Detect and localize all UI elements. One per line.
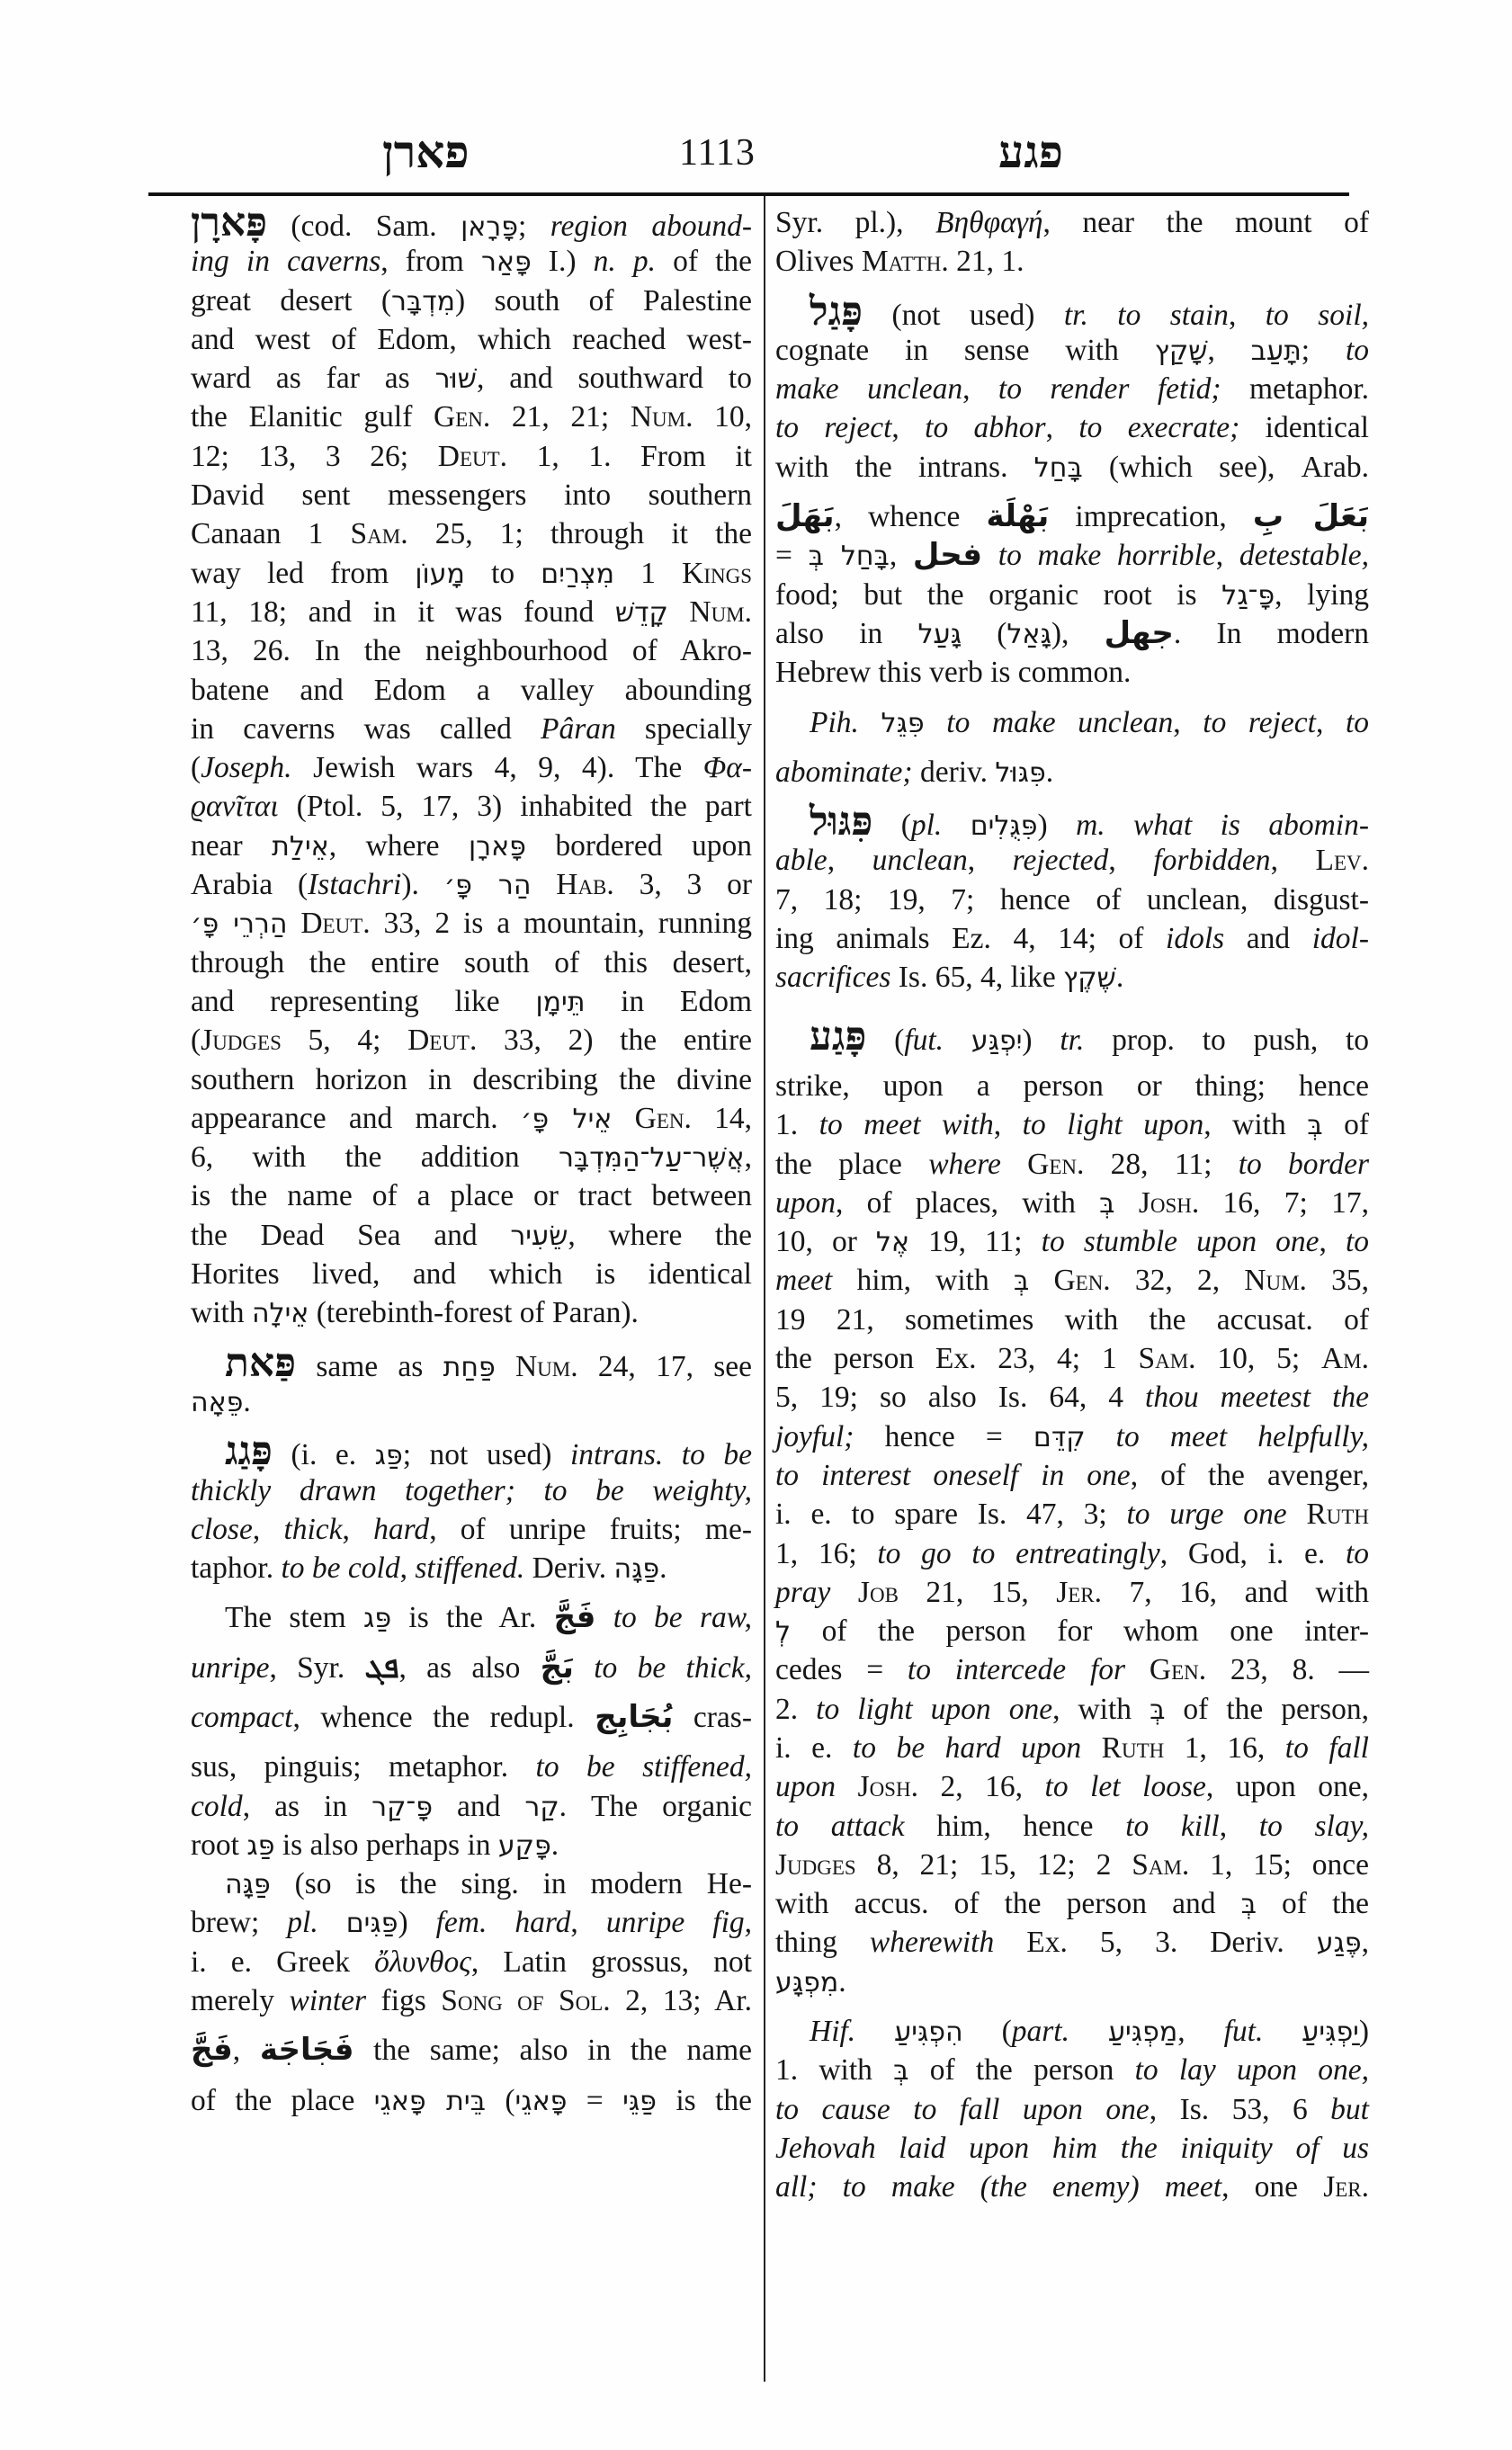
text: 1, 16; [775, 1537, 877, 1570]
text [1115, 1186, 1139, 1220]
text-line: Jehovah laid upon him the iniquity of us [775, 2129, 1369, 2168]
text-line: 6, with the addition אֲשֶׁר־עַל־הַמִּדְב… [191, 1138, 752, 1176]
book-reference: Sam. [351, 517, 408, 550]
text: ward as far as [191, 362, 435, 395]
text: , [828, 844, 872, 877]
italic-text: to reject [1203, 706, 1316, 739]
text: , [962, 372, 998, 406]
hebrew-word: קִדֵּם [1033, 1422, 1086, 1453]
italic-text: to be cold [281, 1551, 399, 1585]
text-line: Olives Matth. 21, 1. [775, 242, 1369, 281]
italic-text: fem. hard [436, 1906, 571, 1939]
book-reference: Josh. [1139, 1186, 1199, 1220]
hebrew-word: פַּגִּים [346, 1908, 398, 1939]
text: 6, with the addition [191, 1140, 559, 1174]
text: metaphor. [1221, 372, 1369, 406]
text: , one [1221, 2170, 1323, 2204]
italic-text: to slay, [1259, 1810, 1369, 1843]
text: same as [296, 1350, 443, 1383]
text-line: The stem פַּג is the Ar. فَجَّ to be raw… [191, 1598, 752, 1637]
text: 28, 11; [1084, 1148, 1238, 1181]
text: 25, 1; through it the [408, 517, 752, 550]
text [1125, 1653, 1150, 1686]
book-reference: Sam. [1132, 1848, 1189, 1882]
right-column: Syr. pl.), Βηθφαγή, near the mount ofOli… [775, 203, 1369, 2207]
arabic-word: فَجَاجَة [260, 2032, 354, 2068]
text: deriv. [913, 756, 996, 789]
text [1086, 1420, 1116, 1453]
italic-text: to meet with [819, 1108, 994, 1141]
italic-text: to go to entreatingly [877, 1537, 1159, 1570]
text: 16, 7; 17, [1199, 1186, 1369, 1220]
text-line: abominate; deriv. פִּגּוּל. [775, 753, 1369, 791]
text-line: 10, or אֶל 19, 11; to stumble upon one, … [775, 1222, 1369, 1261]
italic-text: to urge one [1127, 1498, 1287, 1531]
text: , and southward to [477, 362, 752, 395]
italic-text: upon [775, 1770, 836, 1803]
text: , [994, 1108, 1023, 1141]
text [942, 809, 970, 842]
hebrew-word: יִפְגַּע [971, 1025, 1023, 1057]
text: , [1207, 334, 1250, 367]
text: and west of Edom, which reached west- [191, 323, 752, 356]
text-line: 2. to light upon one, with בְּ of the pe… [775, 1690, 1369, 1729]
text: 1, 1. From it [507, 440, 752, 473]
text-line: cold, as in פָּ־קַר and קַר. The organic [191, 1787, 752, 1826]
text-line: פָּגַל (not used) tr. to stain, to soil, [775, 292, 1369, 331]
italic-text: to make unclean [946, 706, 1173, 739]
text-line: 7, 18; 19, 7; hence of unclean, disgust- [775, 881, 1369, 919]
italic-text: to soil, [1266, 299, 1369, 332]
text: hence = [854, 1420, 1033, 1453]
hebrew-word: מִדְבָּר [391, 286, 455, 317]
book-reference: Gen. [434, 400, 490, 434]
text: is the Ar. [391, 1601, 554, 1634]
book-reference: Judges [201, 1024, 282, 1057]
text-line: batene and Edom a valley abounding [191, 671, 752, 710]
book-reference: Ruth [1102, 1731, 1165, 1765]
text-line: to attack him, hence to kill, to slay, [775, 1807, 1369, 1846]
text-line: the Dead Sea and שֵׂעִיר, where the [191, 1216, 752, 1255]
italic-text: to light upon one [816, 1693, 1052, 1726]
text: ) [1359, 2015, 1369, 2048]
text-line: upon, of places, with בְּ Josh. 16, 7; 1… [775, 1184, 1369, 1222]
column-divider [764, 196, 765, 2382]
text-line: (Judges 5, 4; Deut. 33, 2) the entire [191, 1021, 752, 1060]
italic-text: tr. [1060, 1024, 1084, 1057]
italic-text: to render fetid; [998, 372, 1221, 406]
text-line: taphor. to be cold, stiffened. Deriv. פַ… [191, 1549, 752, 1587]
italic-text: to stumble upon one [1042, 1225, 1320, 1258]
text: Ex. 5, 3. Deriv. [994, 1926, 1316, 1959]
text: . [838, 1965, 845, 1998]
text: . [551, 1829, 559, 1862]
italic-text: hard [373, 1513, 429, 1546]
text-line: = בָּחַל בְּ, فحل to make horrible, dete… [775, 536, 1369, 575]
text-line: food; but the organic root is פָּ־גַל, l… [775, 576, 1369, 614]
italic-text: fut. [1224, 2015, 1264, 2048]
text: cognate in sense with [775, 334, 1155, 367]
italic-text: to [1346, 1537, 1369, 1570]
book-reference: Job [858, 1576, 899, 1609]
italic-text: meet [775, 1264, 832, 1297]
hebrew-word: בָּחַל [1034, 452, 1083, 484]
text: the place [775, 1148, 928, 1181]
italic-text: to border [1239, 1148, 1369, 1181]
book-reference: Deut. [300, 907, 370, 940]
italic-text: Hif. [810, 2015, 855, 2048]
hebrew-word: קַר [524, 1792, 559, 1823]
text: Jewish wars 4, 9, 4). The [292, 751, 703, 784]
text-line: cognate in sense with שָׁקַץ, תָּעַב; to [775, 331, 1369, 370]
text [287, 907, 300, 940]
italic-text: to intercede for [908, 1653, 1125, 1686]
text: , with [1052, 1693, 1150, 1726]
book-reference: Kings [682, 557, 752, 590]
hebrew-word: שֵׂעִיר [510, 1221, 568, 1252]
text-line: the person Ex. 23, 4; 1 Sam. 10, 5; Am. [775, 1339, 1369, 1378]
text: and representing like [191, 985, 535, 1018]
book-reference: Gen. [1150, 1653, 1206, 1686]
text-line: ϱανῖται (Ptol. 5, 17, 3) inhabited the p… [191, 787, 752, 826]
greek-word: Βηθφαγή [935, 206, 1042, 239]
text-line: all; to make (the enemy) meet, one Jer. [775, 2168, 1369, 2206]
text: southern horizon in describing the divin… [191, 1063, 752, 1096]
text-line: פָּגַג (i. e. פַּג; not used) intrans. t… [191, 1432, 752, 1471]
text: root [191, 1829, 246, 1862]
italic-text: to be thick, [594, 1651, 752, 1685]
text: 10, [693, 400, 752, 434]
italic-text: forbidden [1153, 844, 1270, 877]
italic-text: all; to make (the enemy) meet [775, 2170, 1221, 2204]
text-line: thickly drawn together; to be weighty, [191, 1471, 752, 1510]
text-line: compact, whence the redupl. بُجَابِج cra… [191, 1698, 752, 1737]
italic-text: ing in caverns [191, 245, 380, 278]
hebrew-word: פָּקַע [498, 1830, 551, 1862]
text-line: 5, 19; so also Is. 64, 4 thou meetest th… [775, 1378, 1369, 1417]
book-reference: Jer. [1323, 2170, 1369, 2204]
text: ). [401, 868, 443, 901]
italic-text: where [928, 1148, 1001, 1181]
text: and [1224, 922, 1312, 955]
text: ) [1022, 1024, 1060, 1057]
text: 1. with [775, 2053, 893, 2087]
hebrew-word: בְּ [1241, 1889, 1257, 1920]
italic-text: thick [283, 1513, 342, 1546]
italic-text: to fall [1285, 1731, 1369, 1765]
hebrew-word: פֵּאָה [191, 1387, 243, 1418]
text: is the [657, 2084, 752, 2117]
text: near [191, 829, 272, 863]
hebrew-word: גָּעַל [917, 619, 962, 650]
running-head-first-word: פארן [382, 126, 470, 178]
text: , whence [835, 500, 987, 533]
text-line: 19 21, sometimes with the accusat. of [775, 1301, 1369, 1339]
text: , of places, with [836, 1186, 1099, 1220]
running-head: פארן 1113 פגע [148, 126, 1349, 185]
text [1287, 1498, 1307, 1531]
arabic-word: بَهَلَ [775, 498, 835, 534]
text-line: is the name of a place or tract between [191, 1176, 752, 1215]
text-line: merely winter figs Song of Sol. 2, 13; A… [191, 1981, 752, 2020]
text: 14, [692, 1102, 752, 1135]
text: (cod. Sam. [267, 210, 461, 243]
book-reference: Num. [689, 595, 752, 629]
text: Hebrew this verb is common. [775, 656, 1131, 689]
text: , [1220, 1810, 1259, 1843]
page-number: 1113 [679, 131, 756, 174]
text-line: Pih. פִּגֵּל to make unclean, to reject,… [775, 703, 1369, 742]
text: ( [872, 809, 911, 842]
italic-text: idol- [1312, 922, 1369, 955]
hebrew-word: שָׁקַץ [1155, 335, 1208, 367]
text: Olives [775, 245, 862, 278]
arabic-word: جهل [1105, 615, 1174, 651]
text: in caverns was called [191, 712, 541, 746]
italic-text: upon [775, 1186, 836, 1220]
italic-text: to kill [1125, 1810, 1220, 1843]
book-reference: Gen. [635, 1102, 692, 1135]
hebrew-word: פָּאגֵי [515, 2086, 568, 2117]
text-line: way led from מָעוֹן to מִצְרַיִם 1 Kings [191, 554, 752, 593]
hebrew-word: אֲשֶׁר־עַל־הַמִּדְבָּר [559, 1142, 745, 1174]
text: 21, 1. [949, 245, 1024, 278]
text-line: פַּאת same as פַּחַת Num. 24, 17, see [191, 1344, 752, 1382]
book-reference: Song of Sol. [441, 1984, 610, 2017]
text: (Ptol. 5, 17, 3) inhabited the part [279, 790, 752, 823]
text-line: Hif. הִפְגִּיעַ (part. מַפְגִּיעַ, fut. … [775, 2012, 1369, 2051]
text-line: David sent messengers into southern [191, 476, 752, 514]
text [668, 595, 690, 629]
hebrew-word: פַּג [246, 1830, 274, 1862]
text: , [1216, 539, 1239, 572]
hebrew-word: פַּגֵּי [622, 2086, 657, 2117]
text: , Is. 53, 6 [1150, 2093, 1330, 2126]
arabic-word: فَجَّ [554, 1599, 596, 1635]
text-line: the Elanitic gulf Gen. 21, 21; Num. 10, [191, 398, 752, 436]
text: ; [518, 210, 550, 243]
italic-text: close [191, 1513, 253, 1546]
text [859, 706, 881, 739]
text: through the entire south of this desert, [191, 946, 752, 979]
hebrew-word: פִּגֻּלִים [971, 810, 1038, 842]
text: (which see), Arab. [1083, 451, 1369, 484]
italic-text: intrans. to be [570, 1438, 752, 1471]
text: appearance and march. [191, 1102, 521, 1135]
text: cras- [673, 1701, 752, 1734]
text: ) [398, 1906, 435, 1939]
italic-text: pl. [911, 809, 942, 842]
arabic-word: فحل [913, 537, 982, 573]
text: = [775, 539, 809, 572]
text-line: פַּגָּה (so is the sing. in modern He- [191, 1864, 752, 1903]
text: strike, upon a person or thing; hence [775, 1069, 1369, 1103]
text-line: brew; pl. פַּגִּים) fem. hard, unripe fi… [191, 1903, 752, 1942]
text-line: thing wherewith Ex. 5, 3. Deriv. פֶּגַע, [775, 1923, 1369, 1962]
text: , [1320, 1225, 1346, 1258]
text: figs [366, 1984, 441, 2017]
text-line: cedes = to intercede for Gen. 23, 8. — [775, 1650, 1369, 1689]
hebrew-word: פָּרָאן [461, 211, 518, 243]
text-line: ward as far as שׁוּר, and southward to [191, 359, 752, 398]
text [982, 539, 998, 572]
book-reference: Hab. [556, 868, 614, 901]
text-line: פִּגּוּל (pl. פִּגֻּלִים) m. what is abo… [775, 802, 1369, 841]
text-line: close, thick, hard, of unripe fruits; me… [191, 1510, 752, 1549]
text-line: upon Josh. 2, 16, to let loose, upon one… [775, 1767, 1369, 1806]
text-line: بَهَلَ, whence بَهْلَة imprecation, بَعَ… [775, 497, 1369, 536]
book-reference: Judges [775, 1848, 856, 1882]
text-line: make unclean, to render fetid; metaphor. [775, 370, 1369, 408]
hebrew-word: תָּעַב [1251, 335, 1302, 367]
text-line: with אֵילָה (terebinth-forest of Paran). [191, 1293, 752, 1332]
hebrew-word: אֵיל פָּ׳ [521, 1104, 612, 1135]
text: 35, [1307, 1264, 1369, 1297]
italic-text: Istachri [308, 868, 401, 901]
text-line: לְ of the person for whom one inter- [775, 1612, 1369, 1650]
text: ( [486, 2084, 515, 2117]
hebrew-word: שׁוּר [435, 363, 477, 395]
text-line: 1. with בְּ of the person to lay upon on… [775, 2051, 1369, 2089]
text-line: מִפְגָּע. [775, 1963, 1369, 2001]
text [531, 868, 556, 901]
running-head-last-word: פגע [998, 126, 1063, 178]
text: 10, or [775, 1225, 876, 1258]
hebrew-word: מָעוֹן [415, 559, 465, 590]
text [1069, 2015, 1108, 2048]
italic-text: to [1346, 334, 1369, 367]
text: 2. [775, 1693, 816, 1726]
arabic-word: بُجَابِج [595, 1699, 673, 1735]
text-line: strike, upon a person or thing; hence [775, 1067, 1369, 1105]
text-line: to reject, to abhor, to execrate; identi… [775, 408, 1369, 447]
book-reference: Num. [1244, 1264, 1307, 1297]
text: bordered upon [526, 829, 752, 863]
italic-text: detestable, [1239, 539, 1369, 572]
hebrew-word: שֶׁקֶץ [1063, 962, 1116, 994]
italic-text: Joseph. [201, 751, 291, 784]
text: ( [191, 1024, 201, 1057]
text: the Dead Sea and [191, 1219, 510, 1252]
text: , [891, 411, 925, 444]
text [1029, 1264, 1053, 1297]
italic-text: to let loose [1045, 1770, 1206, 1803]
text-line: Judges 8, 21; 15, 12; 2 Sam. 1, 15; once [775, 1846, 1369, 1884]
text: ( [962, 617, 1007, 650]
italic-text: to lay upon one, [1135, 2053, 1369, 2087]
book-reference: Jer. [1056, 1576, 1102, 1609]
text: 5, 19; so also Is. 64, 4 [775, 1381, 1145, 1414]
text-line: فَجَّ, فَجَاجَة the same; also in the na… [191, 2031, 752, 2070]
italic-text: tr. to stain [1064, 299, 1229, 332]
text: i. e. [775, 1731, 853, 1765]
italic-text: to meet helpfully, [1116, 1420, 1369, 1453]
text: , [233, 2034, 260, 2067]
left-column: פָּארָן (cod. Sam. פָּרָאן; region aboun… [191, 203, 752, 2120]
text: , [1362, 1926, 1369, 1959]
text: 21, 21; [490, 400, 631, 434]
text: , Syr. [269, 1651, 364, 1685]
text: Arabia ( [191, 868, 308, 901]
text: , from [380, 245, 481, 278]
italic-text: but [1330, 2093, 1369, 2126]
italic-text: to reject [775, 411, 891, 444]
text: . [1116, 961, 1123, 994]
text: ), [1051, 617, 1105, 650]
text: 7, 18; 19, 7; hence of unclean, disgust- [775, 883, 1369, 917]
text: , [745, 1140, 752, 1174]
arabic-word: بَعَلَ بِ [1253, 498, 1369, 534]
text: = [567, 2084, 622, 2117]
italic-text: unclean [872, 844, 968, 877]
text-line: in caverns was called Pâran specially [191, 710, 752, 748]
text: sus, pinguis; metaphor. [191, 1750, 536, 1784]
text: Deriv. [524, 1551, 613, 1585]
italic-text: to light upon [1023, 1108, 1204, 1141]
italic-text: compact [191, 1701, 293, 1734]
italic-text: wherewith [870, 1926, 994, 1959]
text: ( [963, 2015, 1012, 2048]
text-line: Horites lived, and which is identical [191, 1255, 752, 1293]
text: . The organic [559, 1790, 752, 1823]
book-reference: Sam. [1138, 1342, 1195, 1375]
text [574, 1651, 594, 1685]
text: ; [1302, 334, 1346, 367]
text: (not used) [863, 299, 1064, 332]
text: , [253, 1513, 284, 1546]
text-line: of the place בֵּית פָּאגֵי (פָּאגֵי = פַ… [191, 2081, 752, 2120]
italic-text: Jehovah laid upon him the iniquity of us [775, 2132, 1369, 2165]
hebrew-word: פָּארָן [469, 831, 526, 863]
text-line: i. e. to spare Is. 47, 3; to urge one Ru… [775, 1495, 1369, 1533]
arabic-word: بَجَّ [541, 1650, 574, 1685]
italic-text: pray [775, 1576, 830, 1609]
hebrew-word: בְּ [893, 2055, 908, 2087]
book-reference: Num. [631, 400, 693, 434]
italic-text: idols [1166, 922, 1224, 955]
book-reference: Num. [515, 1350, 578, 1383]
text: batene and Edom a valley abounding [191, 674, 752, 707]
text: , of unripe fruits; me- [429, 1513, 752, 1546]
text-line: great desert (מִדְבָּר) south of Palesti… [191, 282, 752, 320]
hebrew-word: פֶּגַע [1317, 1927, 1362, 1959]
hebrew-word: קָדֵשׁ [615, 597, 668, 629]
text-line: joyful; hence = קִדֵּם to meet helpfully… [775, 1417, 1369, 1456]
hebrew-word: גָּאַל [1007, 619, 1051, 650]
text: of the person for whom one inter- [791, 1614, 1369, 1648]
italic-text: make unclean [775, 372, 962, 406]
text: of the [656, 245, 752, 278]
lemma-headword: פָּארָן [191, 201, 267, 245]
text: ) south of Palestine [455, 284, 752, 317]
book-reference: Lev. [1316, 844, 1370, 877]
hebrew-word: יַפְגִּיעַ [1302, 2016, 1359, 2048]
text: 7, 16, and with [1102, 1576, 1369, 1609]
text: ing animals Ez. 4, 14; of [775, 922, 1166, 955]
text: 1. [775, 1108, 819, 1141]
text: the Elanitic gulf [191, 400, 434, 434]
text: I.) [532, 245, 594, 278]
hebrew-word: פָּאַר [481, 246, 532, 278]
italic-text: Pih. [810, 706, 859, 739]
text: 19 21, sometimes with the accusat. of [775, 1303, 1369, 1337]
text: 23, 8. — [1206, 1653, 1369, 1686]
italic-text: to cause to fall upon one [775, 2093, 1150, 2126]
text: 2, 13; Ar. [611, 1984, 752, 2017]
text: , [1316, 706, 1346, 739]
hebrew-word: אֶל [876, 1227, 909, 1258]
text: of the person [909, 2053, 1135, 2087]
